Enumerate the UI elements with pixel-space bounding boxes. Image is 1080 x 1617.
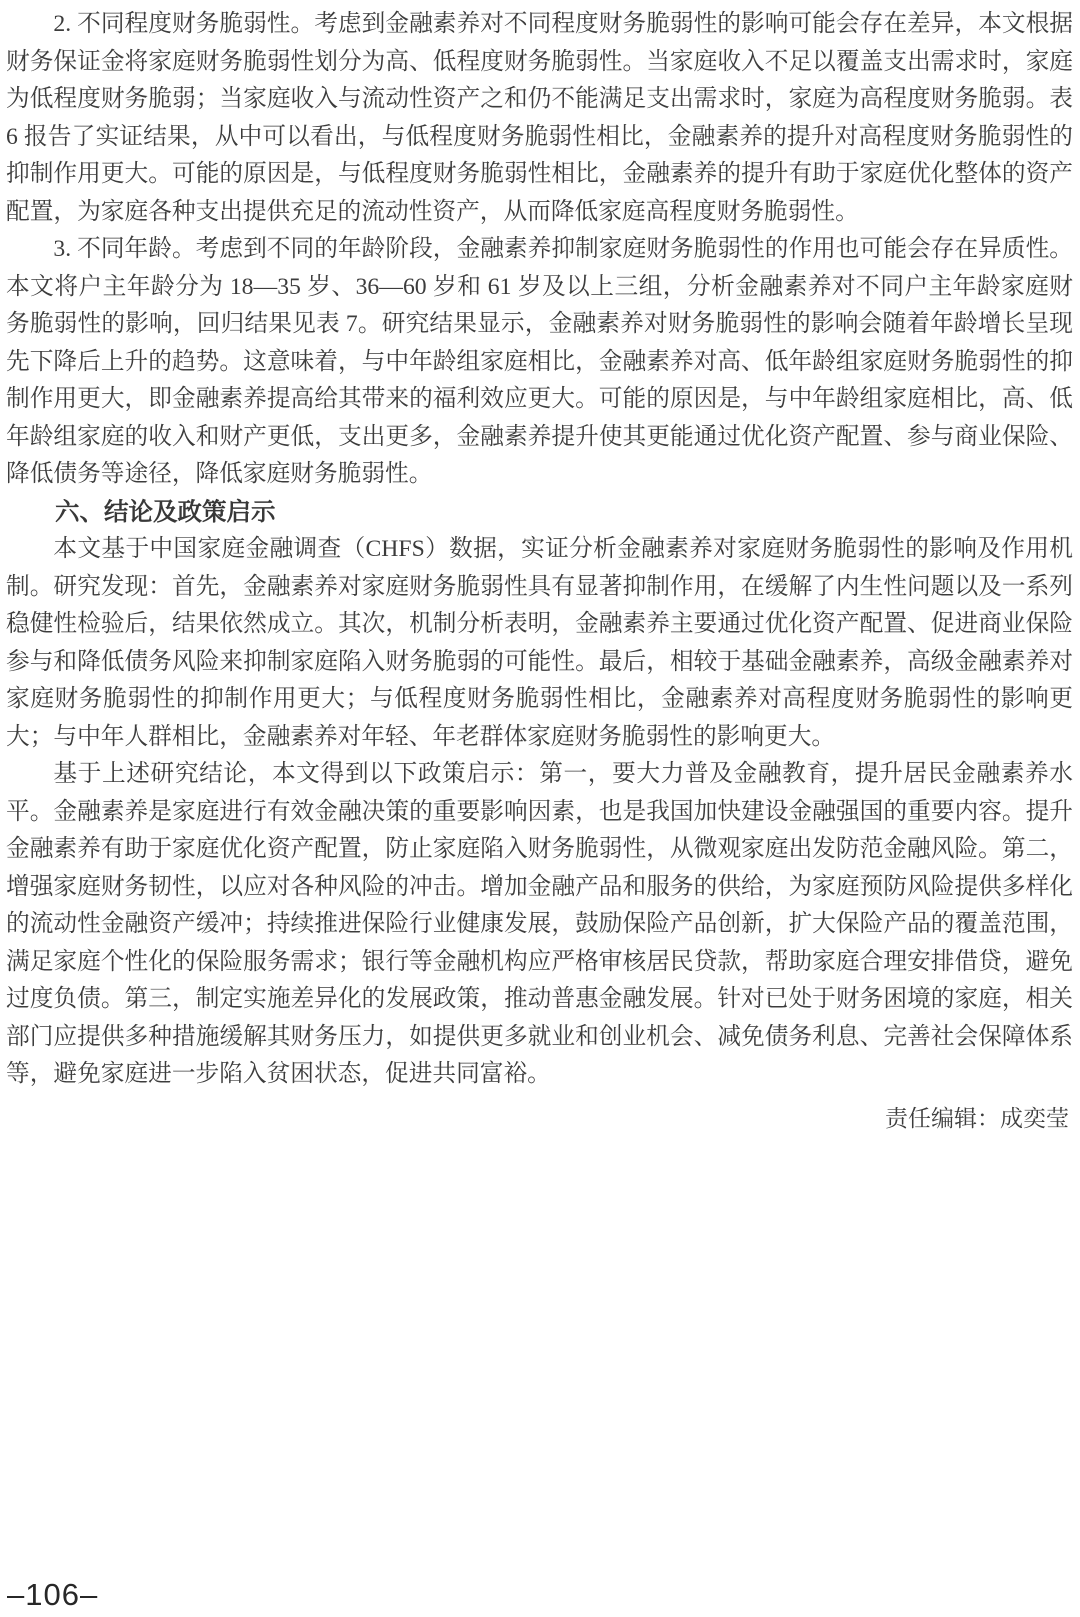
editor-credit: 责任编辑：成奕莹 [6, 1100, 1069, 1138]
article-body: 2. 不同程度财务脆弱性。考虑到金融素养对不同程度财务脆弱性的影响可能会存在差异… [6, 6, 1073, 1137]
page-number: –106– [7, 1577, 98, 1613]
document-page: 2. 不同程度财务脆弱性。考虑到金融素养对不同程度财务脆弱性的影响可能会存在差异… [0, 0, 1080, 1617]
section-heading-conclusion: 六、结论及政策启示 [6, 494, 1073, 532]
paragraph-policy-implications: 基于上述研究结论，本文得到以下政策启示：第一，要大力普及金融教育，提升居民金融素… [6, 756, 1073, 1094]
paragraph-degree-heterogeneity: 2. 不同程度财务脆弱性。考虑到金融素养对不同程度财务脆弱性的影响可能会存在差异… [6, 6, 1073, 231]
paragraph-findings-summary: 本文基于中国家庭金融调查（CHFS）数据，实证分析金融素养对家庭财务脆弱性的影响… [6, 531, 1073, 756]
paragraph-age-heterogeneity: 3. 不同年龄。考虑到不同的年龄阶段，金融素养抑制家庭财务脆弱性的作用也可能会存… [6, 231, 1073, 494]
